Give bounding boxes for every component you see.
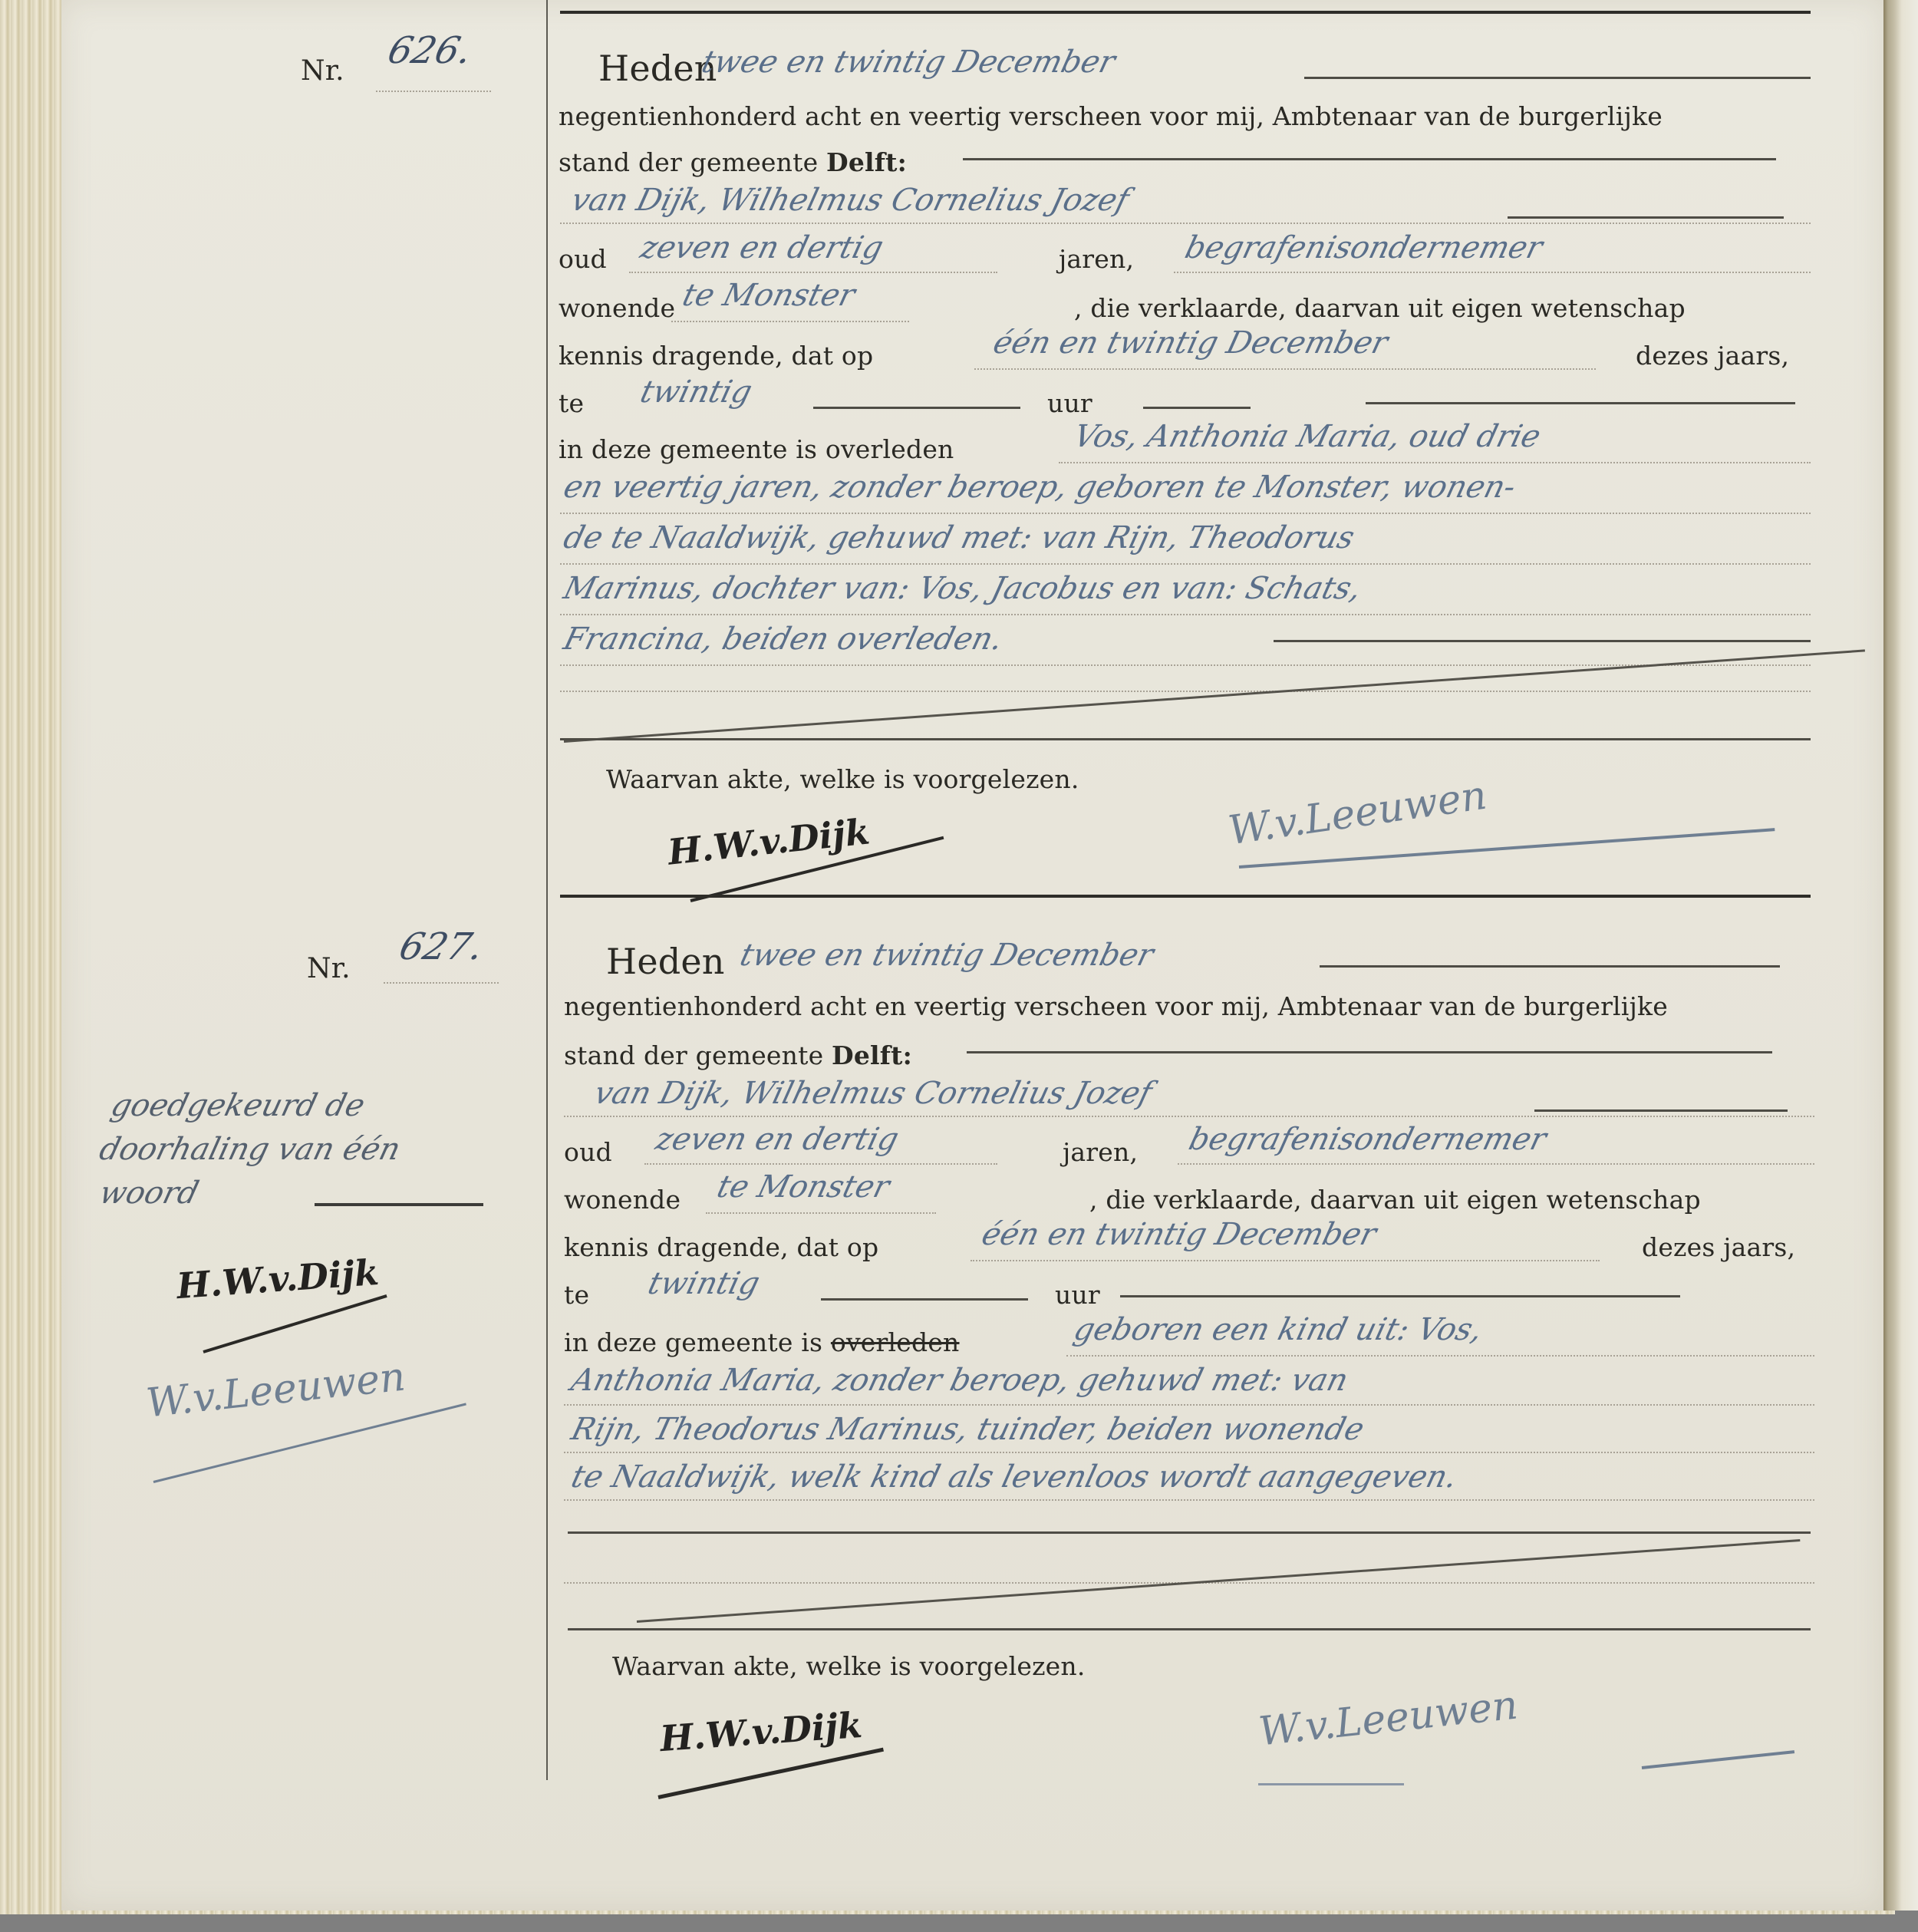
dotted-line [1066,1355,1814,1357]
waarvan-akte-text: Waarvan akte, welke is voorgelezen. [612,1651,1086,1681]
fill-line [568,1628,1811,1630]
fill-line [568,1531,1811,1534]
dotted-line [560,513,1811,514]
dotted-line [629,272,997,273]
form-text-line2: negentienhonderd acht en veertig versche… [559,101,1663,131]
kennis-text: kennis dragende, dat op [564,1232,878,1262]
dotted-line [384,982,499,984]
dotted-line [560,223,1811,224]
gemeente-label: stand der gemeente [559,147,826,177]
margin-note-line-1: goedgekeurd de [107,1088,368,1123]
dotted-line [644,1163,997,1165]
kennis-text: kennis dragende, dat op [559,341,873,371]
dotted-line [1174,272,1811,273]
fill-line [1274,640,1811,642]
event-date: één en twintig December [990,325,1392,361]
dotted-line [564,1499,1814,1501]
record-number: 626. [384,29,476,72]
heden-label: Heden [606,941,725,982]
body-line-1: geboren een kind uit: Vos, [1070,1312,1486,1347]
signature-underline [1258,1783,1404,1785]
book-binding [1883,0,1918,1911]
in-deze-label: in deze gemeente is [559,434,817,464]
fill-line [813,407,1020,409]
record-number: 627. [395,925,488,968]
oud-label: oud [564,1137,612,1167]
overleden-text: in deze gemeente is overleden [559,434,954,464]
dotted-line [1178,1163,1814,1165]
margin-note-line-2: doorhaling van één [96,1132,404,1167]
declarant-residence: te Monster [679,278,858,313]
in-deze-label: in deze gemeente is [564,1327,822,1357]
te-label: te [559,388,584,418]
body-line-4: te Naaldwijk, welk kind als levenloos wo… [568,1459,1461,1495]
dotted-line [974,368,1596,370]
dotted-line [971,1260,1600,1261]
record-number-label: Nr. [307,953,351,984]
wonende-label: wonende [559,293,675,323]
fill-line [1143,407,1251,409]
overleden-label: overleden [826,434,954,464]
body-line-2: Anthonia Maria, zonder beroep, gehuwd me… [568,1363,1352,1398]
fill-line [963,158,1776,160]
dotted-line [560,691,1811,692]
overleden-label-struck: overleden [831,1327,960,1357]
dezes-jaars-label: dezes jaars, [1642,1232,1795,1262]
fill-line [1534,1109,1788,1112]
event-date: één en twintig December [978,1217,1380,1252]
declarant-age: zeven en dertig [652,1122,902,1157]
uur-label: uur [1047,388,1092,418]
form-text-line3: stand der gemeente Delft: [559,147,907,177]
jaren-label: jaren, [1059,244,1134,274]
fill-line [1508,216,1784,219]
margin-note-line-3: woord [96,1175,203,1211]
dezes-jaars-label: dezes jaars, [1636,341,1789,371]
body-line-2: en veertig jaren, zonder beroep, geboren… [560,470,1519,505]
dotted-line [671,321,909,322]
dotted-line [564,1404,1814,1406]
fill-line [1366,402,1795,404]
dotted-line [564,1452,1814,1453]
event-hour: twintig [637,374,756,410]
margin-rule [546,0,548,1780]
declarant-name: van Dijk, Wilhelmus Cornelius Jozef [568,183,1132,218]
gemeente-label: stand der gemeente [564,1040,832,1070]
record-number-label: Nr. [301,55,344,87]
jaren-label: jaren, [1063,1137,1138,1167]
dotted-line [376,91,491,92]
verklaarde-text: , die verklaarde, daarvan uit eigen wete… [1074,293,1686,323]
dotted-line [560,563,1811,565]
declarant-occupation: begrafenisondernemer [1181,230,1546,265]
body-line-1: Vos, Anthonia Maria, oud drie [1070,419,1544,454]
fill-line [1304,77,1811,79]
dotted-line [560,614,1811,615]
form-text-line3: stand der gemeente Delft: [564,1040,912,1070]
dotted-line [706,1212,936,1214]
uur-label: uur [1055,1280,1100,1310]
record-separator-top [560,11,1811,14]
dotted-line [1059,462,1811,463]
body-line-3: de te Naaldwijk, gehuwd met: van Rijn, T… [560,520,1358,556]
fill-line [821,1298,1028,1301]
record-date: twee en twintig December [737,938,1157,973]
waarvan-akte-text: Waarvan akte, welke is voorgelezen. [606,764,1079,794]
te-label: te [564,1280,589,1310]
declarant-age: zeven en dertig [637,230,887,265]
fill-line [1320,965,1780,968]
body-line-5: Francina, beiden overleden. [560,621,1007,657]
declarant-occupation: begrafenisondernemer [1185,1122,1550,1157]
declarant-name: van Dijk, Wilhelmus Cornelius Jozef [591,1076,1155,1111]
form-text-line2: negentienhonderd acht en veertig versche… [564,991,1668,1021]
body-line-4: Marinus, dochter van: Vos, Jacobus en va… [560,571,1365,606]
city-name: Delft: [826,147,907,177]
fill-line [560,738,1811,740]
wonende-label: wonende [564,1185,681,1215]
margin-note-underline [315,1203,483,1206]
fill-line [967,1051,1772,1053]
verklaarde-text: , die verklaarde, daarvan uit eigen wete… [1089,1185,1701,1215]
heden-label: Heden [598,48,717,89]
city-name: Delft: [832,1040,912,1070]
record-separator [560,895,1811,898]
dotted-line [564,1116,1814,1117]
fill-line [1120,1295,1680,1297]
event-hour: twintig [644,1266,763,1301]
declarant-residence: te Monster [713,1169,893,1205]
oud-label: oud [559,244,607,274]
body-line-3: Rijn, Theodorus Marinus, tuinder, beiden… [568,1412,1368,1447]
record-date: twee en twintig December [698,45,1119,80]
geboren-text: in deze gemeente is overleden [564,1327,960,1357]
